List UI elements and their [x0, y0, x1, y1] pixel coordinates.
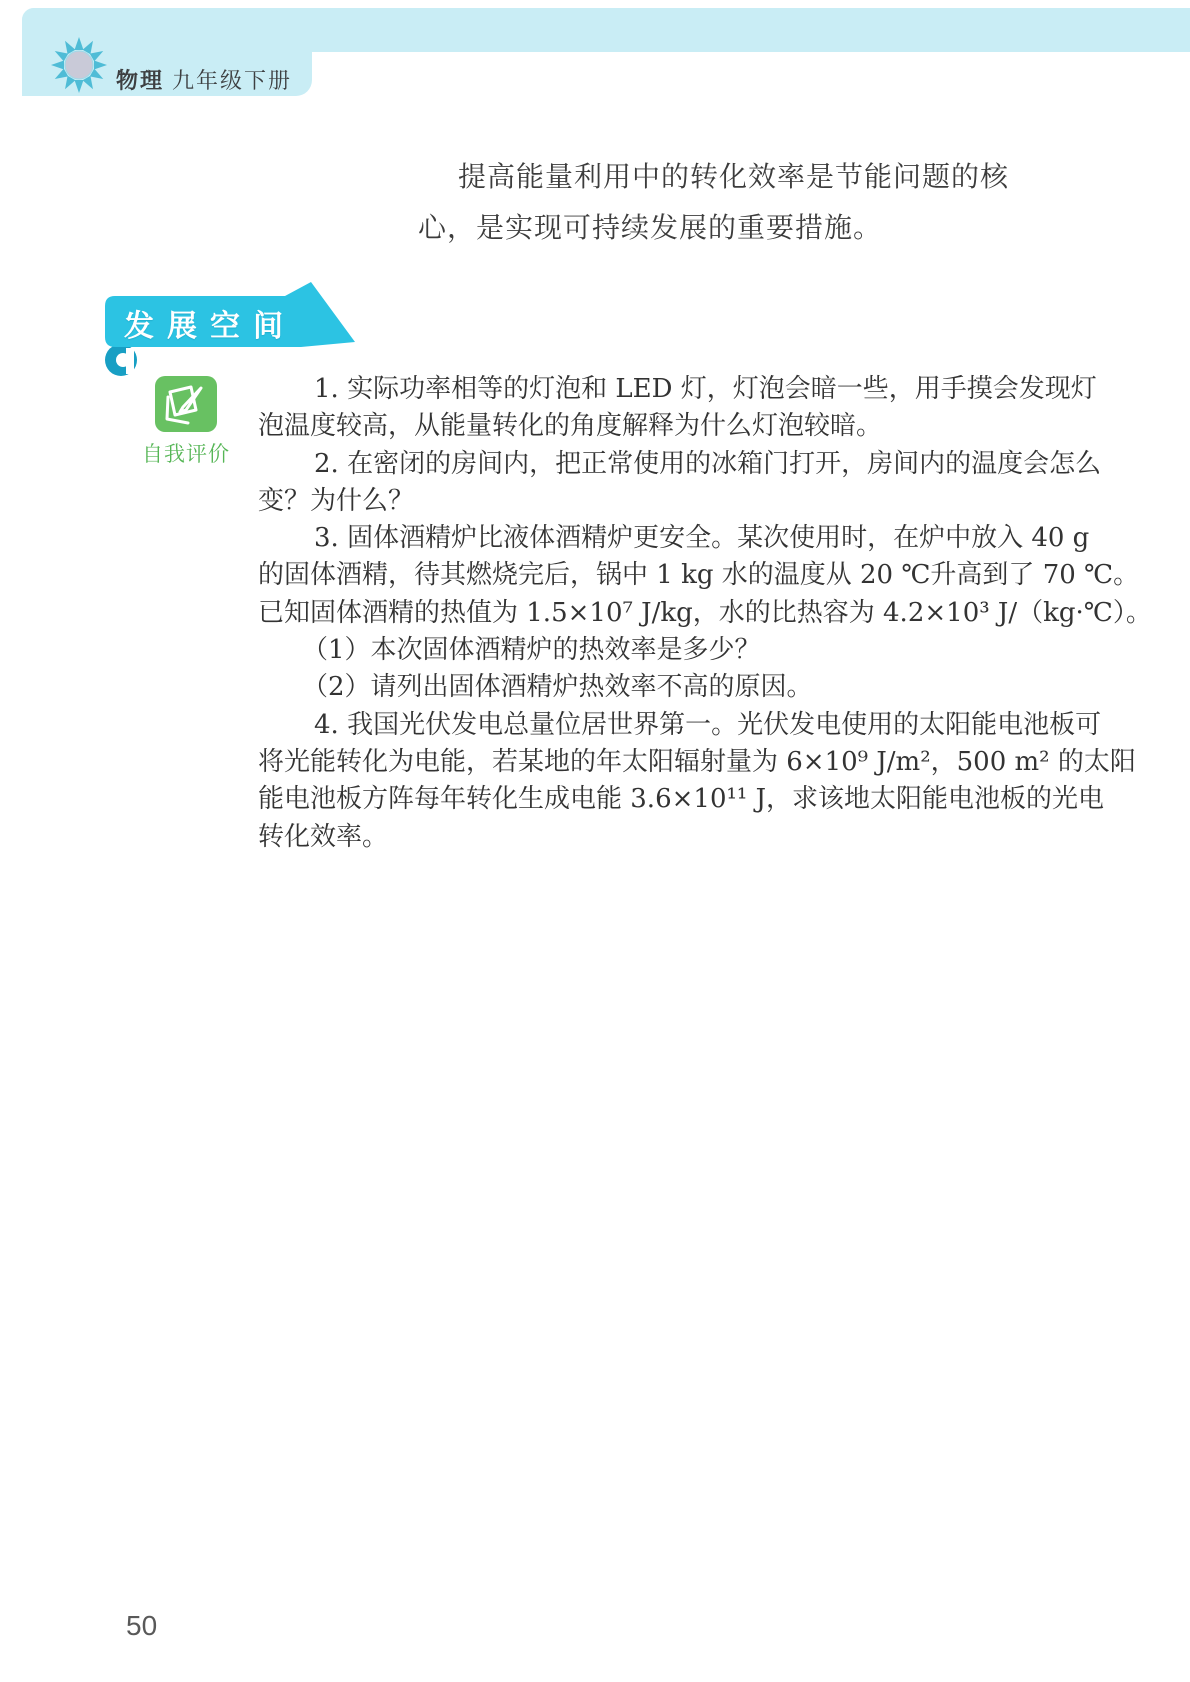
- question-4-line-3: 能电池板方阵每年转化生成电能 3.6×10¹¹ J，求该地太阳能电池板的光电: [258, 781, 1028, 818]
- question-4-line-2: 将光能转化为电能，若某地的年太阳辐射量为 6×10⁹ J/m²，500 m² 的…: [258, 744, 1028, 781]
- question-4-line-4: 转化效率。: [258, 819, 1028, 856]
- question-3-line-2: 的固体酒精，待其燃烧完后，锅中 1 kg 水的温度从 20 ℃升高到了 70 ℃…: [258, 557, 1028, 594]
- question-3-line-3: 已知固体酒精的热值为 1.5×10⁷ J/kg，水的比热容为 4.2×10³ J…: [258, 595, 1028, 632]
- question-4-line-1: 4. 我国光伏发电总量位居世界第一。光伏发电使用的太阳能电池板可: [258, 707, 1028, 744]
- banner-curl-icon: [105, 344, 137, 376]
- question-1-line-1: 1. 实际功率相等的灯泡和 LED 灯，灯泡会暗一些，用手摸会发现灯: [258, 371, 1028, 408]
- question-3-sub-2: （2）请列出固体酒精炉热效率不高的原因。: [258, 669, 1028, 706]
- self-assessment-icon: [155, 376, 217, 437]
- question-1-line-2: 泡温度较高，从能量转化的角度解释为什么灯泡较暗。: [258, 408, 1028, 445]
- book-title: 物理九年级下册: [116, 64, 292, 95]
- sun-icon: [50, 36, 108, 99]
- book-volume: 九年级下册: [172, 68, 292, 93]
- section-banner-title: 发展空间: [124, 301, 296, 345]
- textbook-page: 物理九年级下册 提高能量利用中的转化效率是节能问题的核 心，是实现可持续发展的重…: [0, 0, 1190, 1682]
- questions-block: 1. 实际功率相等的灯泡和 LED 灯，灯泡会暗一些，用手摸会发现灯 泡温度较高…: [258, 371, 1028, 856]
- question-3-sub-1: （1）本次固体酒精炉的热效率是多少？: [258, 632, 1028, 669]
- self-assessment-label: 自我评价: [142, 438, 230, 468]
- book-subject: 物理: [116, 68, 164, 93]
- intro-paragraph-line-1: 提高能量利用中的转化效率是节能问题的核: [458, 155, 1009, 195]
- page-number: 50: [126, 1610, 157, 1642]
- question-2-line-2: 变？为什么？: [258, 483, 1028, 520]
- question-3-line-1: 3. 固体酒精炉比液体酒精炉更安全。某次使用时，在炉中放入 40 g: [258, 520, 1028, 557]
- intro-paragraph-line-2: 心，是实现可持续发展的重要措施。: [418, 206, 882, 246]
- question-2-line-1: 2. 在密闭的房间内，把正常使用的冰箱门打开，房间内的温度会怎么: [258, 446, 1028, 483]
